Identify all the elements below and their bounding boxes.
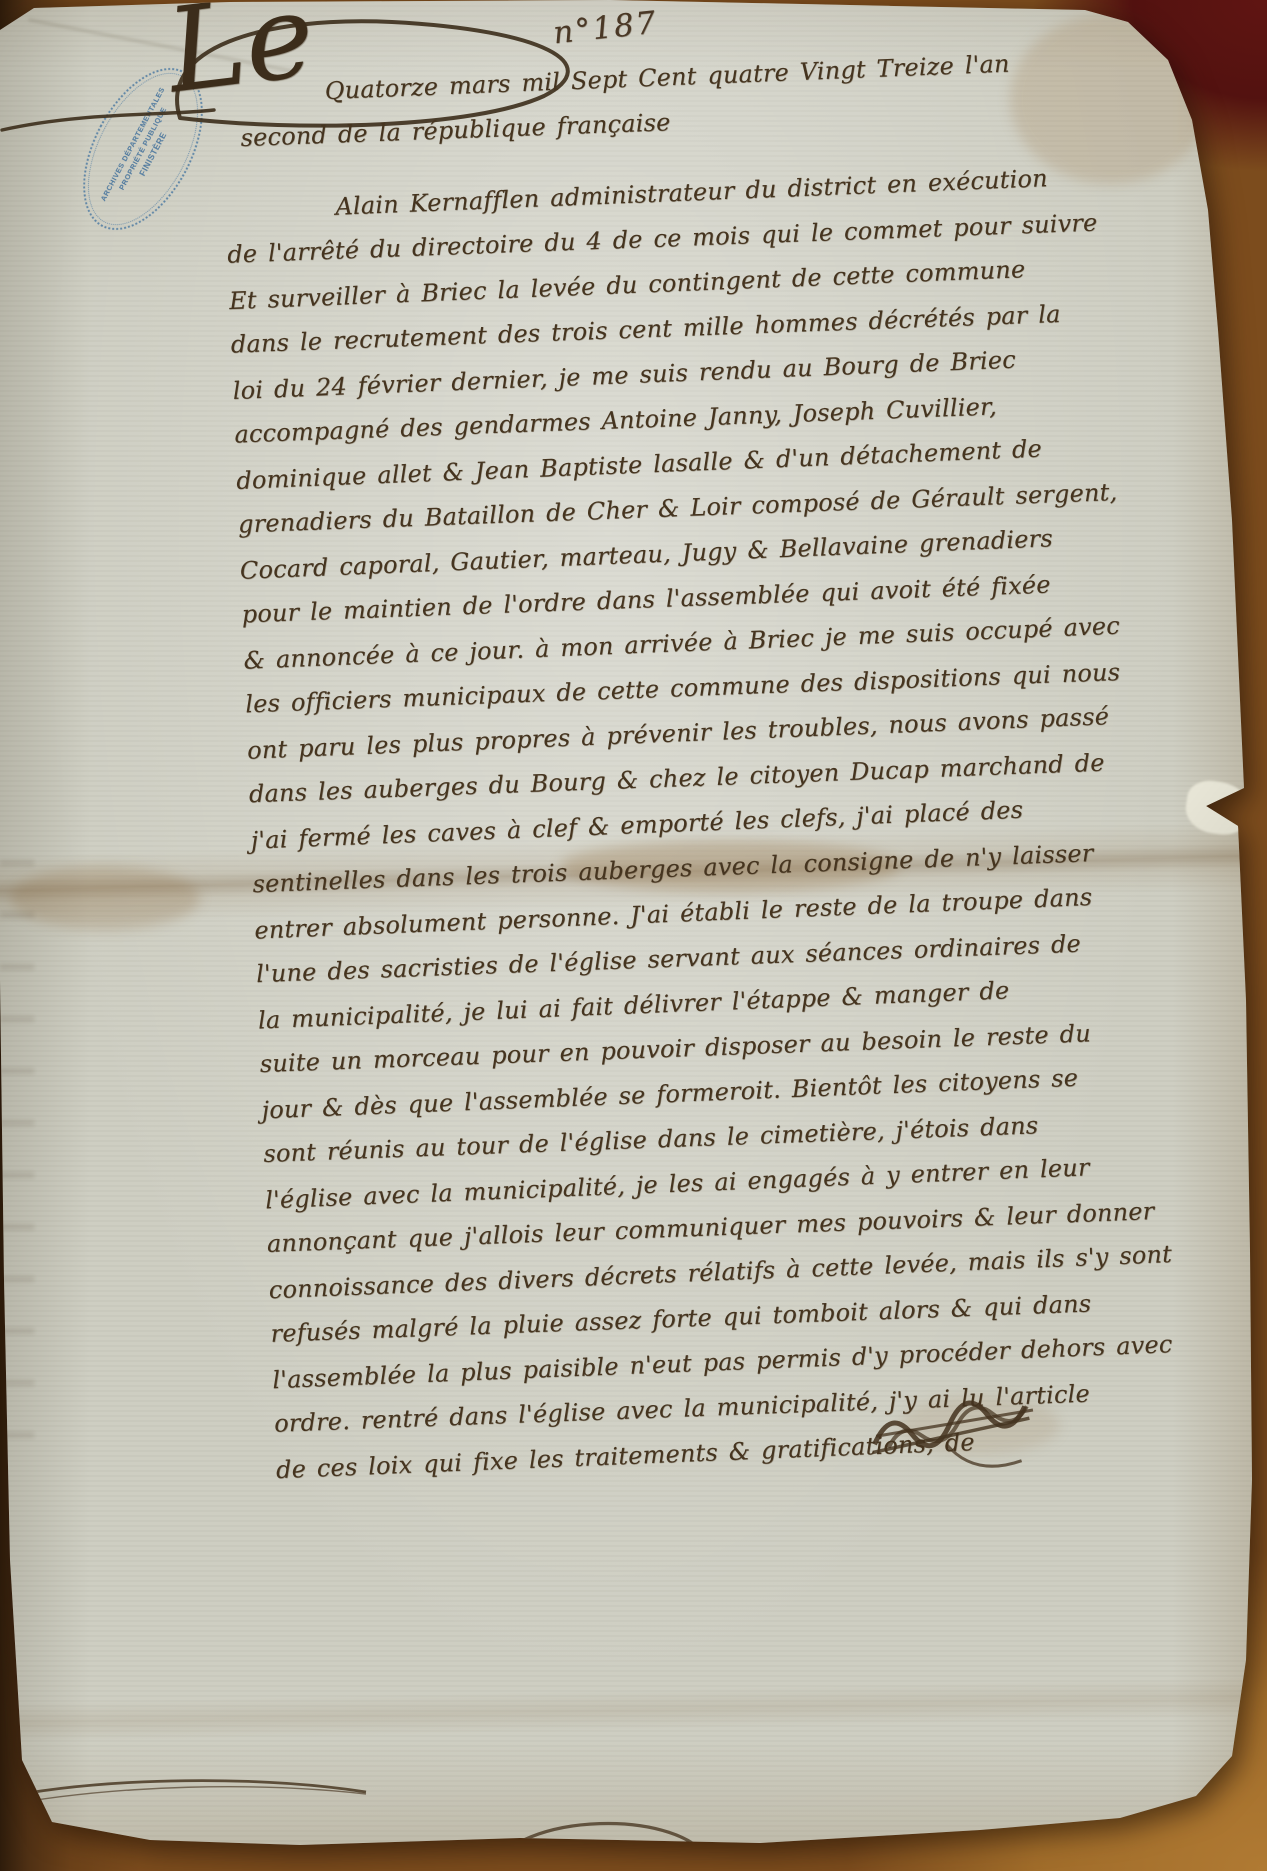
desk-background: ARCHIVES DÉPARTEMENTALES PROPRIÉTÉ PUBLI…	[0, 0, 1267, 1871]
crossed-out-word	[860, 1387, 1054, 1477]
ink-stain	[10, 866, 200, 930]
pen-stroke-flourish	[478, 1820, 728, 1871]
manuscript-text: Quatorze mars mil Sept Cent quatre Vingt…	[202, 38, 1158, 1494]
paper-shadow-wrap: ARCHIVES DÉPARTEMENTALES PROPRIÉTÉ PUBLI…	[0, 0, 1267, 1871]
manuscript-page: ARCHIVES DÉPARTEMENTALES PROPRIÉTÉ PUBLI…	[0, 0, 1267, 1871]
verso-ink-bleedthrough	[0, 860, 34, 1480]
horizontal-fold-crease-lower	[0, 1676, 1267, 1743]
pen-stroke-flourish	[0, 1772, 380, 1818]
